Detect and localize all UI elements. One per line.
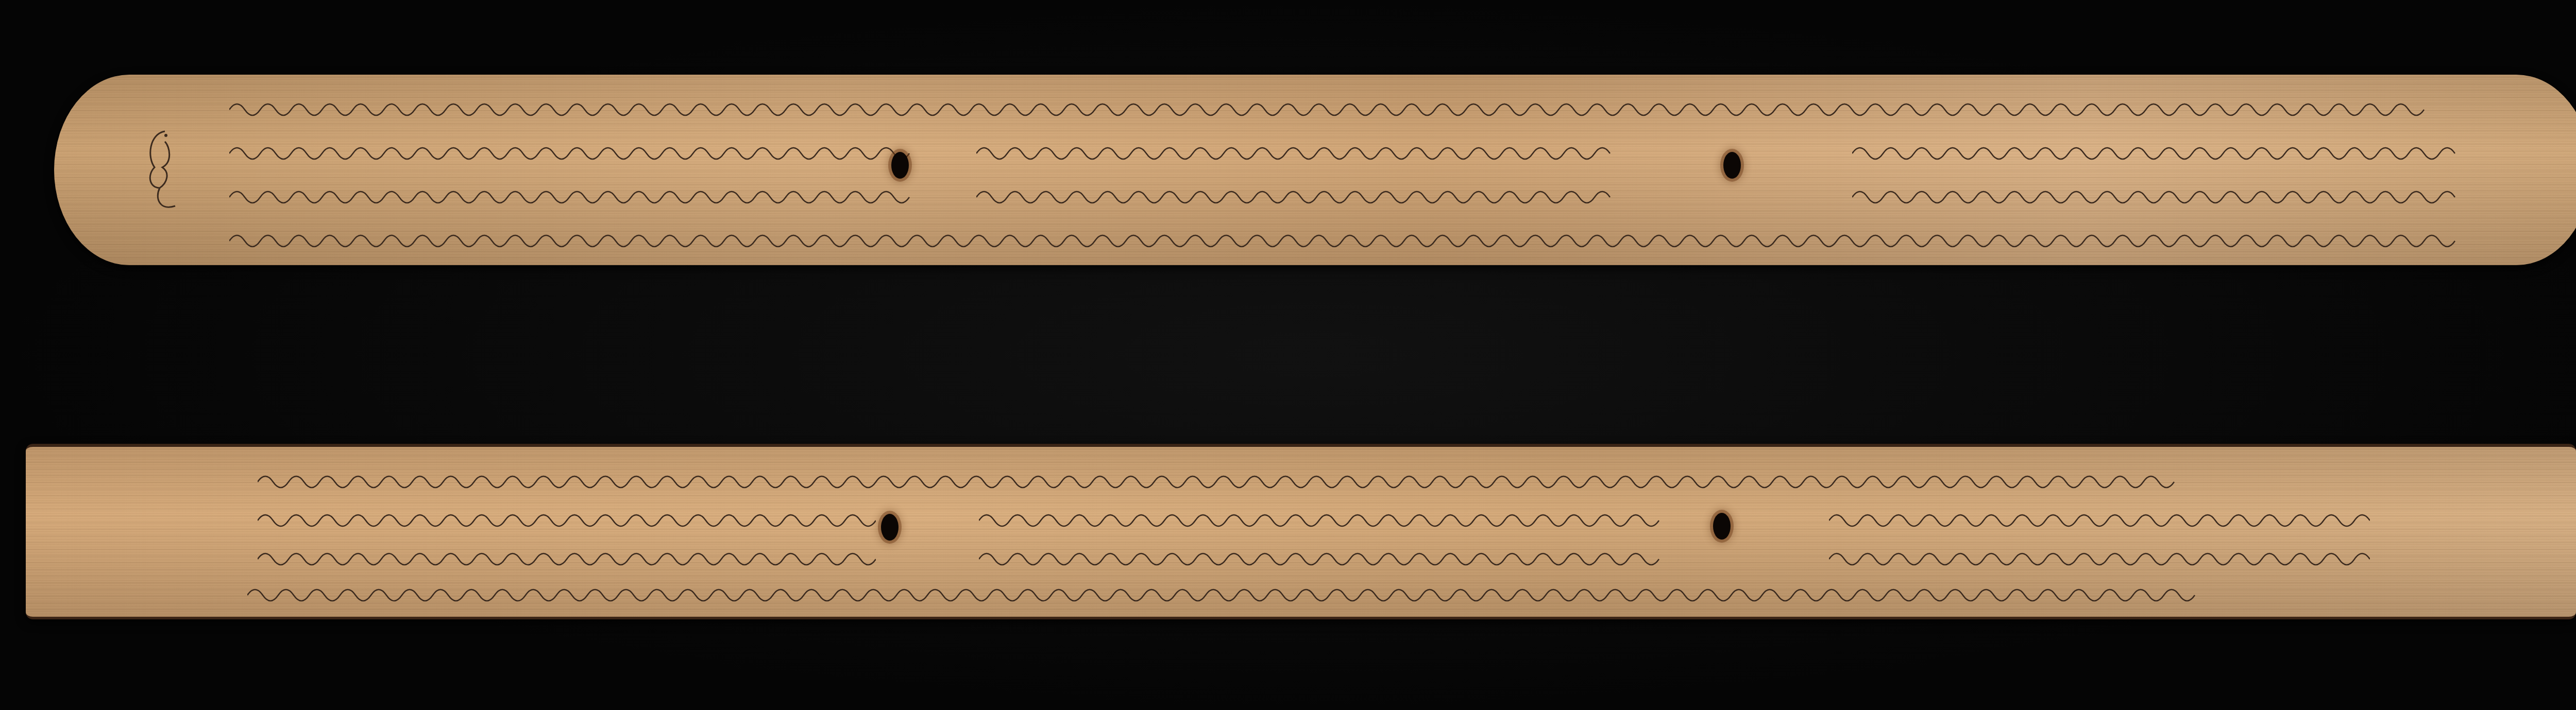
script-line	[229, 183, 925, 206]
script-line	[979, 545, 1674, 568]
margin-sigil-icon	[144, 126, 180, 214]
script-line	[1829, 545, 2370, 568]
binding-hole	[881, 514, 899, 541]
binding-hole	[1713, 513, 1731, 540]
script-line	[247, 581, 2385, 604]
binding-hole	[891, 152, 909, 179]
script-line	[258, 545, 876, 568]
script-line	[1852, 183, 2465, 206]
binding-hole	[1723, 152, 1741, 179]
script-line	[976, 183, 1620, 206]
palm-leaf-bottom: Lower leaf	[26, 444, 2576, 619]
script-line	[229, 139, 925, 163]
script-line	[976, 139, 1620, 163]
script-line	[258, 467, 2370, 491]
script-line	[229, 227, 2470, 250]
script-line	[1829, 506, 2370, 530]
palm-leaf-top: Upper leaf	[54, 75, 2576, 265]
script-line	[979, 506, 1674, 530]
script-line	[229, 95, 2470, 119]
script-line	[258, 506, 876, 530]
script-line	[1852, 139, 2465, 163]
